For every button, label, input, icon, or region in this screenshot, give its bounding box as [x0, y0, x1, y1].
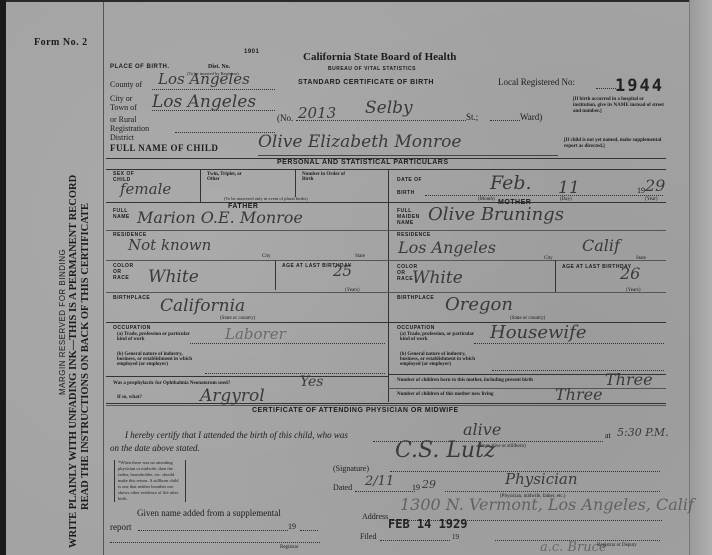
- father-birthplace-caption: (State or country): [220, 316, 255, 321]
- father-birthplace-label: BIRTHPLACE: [113, 295, 150, 301]
- address-label: Address: [362, 512, 388, 521]
- deputy-initials: a.c. Bruce: [540, 540, 607, 555]
- birth-status-value: alive: [463, 420, 501, 439]
- children-born-value: Three: [605, 370, 653, 389]
- sex-value: female: [120, 180, 171, 198]
- dob-month: Feb.: [490, 172, 532, 194]
- city-label: City or Town of: [110, 94, 152, 112]
- at-label: at: [605, 431, 611, 440]
- signature-label: (Signature): [333, 464, 369, 473]
- filed-stamp: FEB 14 1929: [388, 517, 467, 531]
- binding-note: MARGIN RESERVED FOR BINDING: [58, 249, 67, 395]
- what-label: If so, what?: [117, 395, 142, 400]
- footnote: *When there was no attending physician o…: [114, 460, 186, 502]
- father-occ-a-value: Laborer: [225, 325, 286, 343]
- supplemental-label: Given name added from a supplemental: [137, 508, 281, 518]
- mother-birthplace-value: Oregon: [445, 294, 513, 315]
- mother-name-value: Olive Brunings: [428, 204, 564, 225]
- mother-occ-a-value: Housewife: [490, 322, 587, 343]
- mother-occupation-label: OCCUPATION: [397, 325, 435, 331]
- street-name: Selby: [365, 98, 413, 118]
- father-name-label: FULL NAME: [113, 208, 133, 220]
- father-city-caption: City: [262, 254, 271, 259]
- father-residence-value: Not known: [128, 236, 211, 254]
- read-instruction: READ THE INSTRUCTIONS ON BACK OF THIS CE…: [80, 203, 91, 510]
- address-value: 1300 N. Vermont, Los Angeles, Calif: [400, 495, 694, 514]
- local-registered-number: 1944: [615, 76, 664, 96]
- particulars-title: PERSONAL AND STATISTICAL PARTICULARS: [277, 159, 448, 166]
- father-state-caption: State: [355, 254, 365, 259]
- mother-birthplace-label: BIRTHPLACE: [397, 295, 434, 301]
- plural-note: (To be answered only in event of plural …: [224, 196, 308, 201]
- dob-year-prefix: 19: [637, 186, 645, 195]
- mother-residence-city: Los Angeles: [398, 238, 496, 257]
- certificate-heading: CERTIFICATE OF ATTENDING PHYSICIAN OR MI…: [252, 407, 459, 414]
- children-living-value: Three: [555, 385, 603, 404]
- rural-district-label: or Rural Registration District: [110, 115, 172, 142]
- certify-statement: I hereby certify that I attended the bir…: [125, 430, 348, 440]
- child-name-note: [If child is not yet named, make supplem…: [564, 138, 664, 150]
- dob-label: DATE OF BIRTH: [397, 174, 425, 200]
- father-name-value: Marion O.E. Monroe: [137, 208, 303, 227]
- dob-day: 11: [558, 178, 580, 198]
- ink-instruction: WRITE PLAINLY WITH UNFADING INK—THIS IS …: [68, 175, 79, 548]
- mother-name-label: FULL MAIDEN NAME: [397, 208, 419, 226]
- dated-year: 29: [422, 478, 436, 491]
- filed-label: Filed: [360, 532, 376, 541]
- mother-occ-b-label: (b) General nature of industry, business…: [400, 352, 485, 367]
- mother-color-value: White: [412, 268, 463, 288]
- dated-value: 2/11: [365, 474, 394, 489]
- ward-label: Ward): [520, 112, 542, 122]
- father-occupation-label: OCCUPATION: [113, 325, 151, 331]
- binding-margin-line: [103, 2, 104, 555]
- father-color-value: White: [148, 267, 199, 287]
- mother-age-value: 26: [620, 264, 640, 283]
- child-name-value: Olive Elizabeth Monroe: [258, 132, 461, 152]
- signature-value: C.S. Lutz: [395, 438, 496, 463]
- filed-year-prefix: 19: [452, 533, 459, 541]
- city-value: Los Angeles: [152, 92, 256, 112]
- board-name: California State Board of Health: [303, 51, 456, 63]
- mother-occ-a-label: (a) Trade, profession, or particular kin…: [400, 332, 475, 342]
- street-label: St.;: [466, 112, 478, 122]
- father-occ-a-label: (a) Trade, profession or particular kind…: [117, 332, 192, 342]
- child-name-label: FULL NAME OF CHILD: [110, 143, 218, 153]
- district-code: 1901: [244, 49, 259, 55]
- dob-year: 29: [645, 176, 665, 195]
- dated-label: Dated: [333, 483, 352, 492]
- report-year-prefix: 19: [288, 522, 296, 531]
- date-statement: on the date above stated.: [110, 443, 200, 453]
- county-value: Los Angeles: [158, 70, 250, 88]
- birth-order-label: Number in Order of Birth: [302, 172, 357, 182]
- mother-residence-state: Calif: [582, 236, 620, 255]
- twin-label: Twin, Triplet, or Other: [207, 172, 247, 182]
- certificate-title: STANDARD CERTIFICATE OF BIRTH: [298, 79, 434, 86]
- father-occ-b-label: (b) General nature of industry, business…: [117, 352, 202, 367]
- street-no-label: (No.: [277, 113, 293, 123]
- county-label: County of: [110, 80, 142, 89]
- form-number: Form No. 2: [34, 37, 88, 48]
- dated-year-prefix: 19: [412, 483, 420, 492]
- report-label: report: [110, 522, 132, 532]
- local-registered-label: Local Registered No:: [498, 77, 575, 87]
- physician-role-value: Physician: [505, 470, 578, 488]
- father-birthplace-value: California: [160, 296, 245, 316]
- registrar-caption: Registrar: [280, 545, 298, 550]
- mother-birthplace-caption: (State or country): [510, 316, 545, 321]
- father-color-label: COLOR OR RACE: [113, 263, 138, 281]
- hospital-note: [If birth occurred in a hospital or inst…: [573, 97, 665, 115]
- children-living-label: Number of children of this mother now li…: [397, 392, 494, 397]
- children-born-label: Number of children born to this mother, …: [397, 378, 533, 383]
- father-age-value: 25: [333, 262, 352, 280]
- paper-fold: [689, 0, 712, 555]
- prophylactic-value: Yes: [300, 374, 324, 390]
- bureau-name: BUREAU OF VITAL STATISTICS: [328, 66, 416, 72]
- birth-time-value: 5:30 P.M.: [617, 426, 669, 439]
